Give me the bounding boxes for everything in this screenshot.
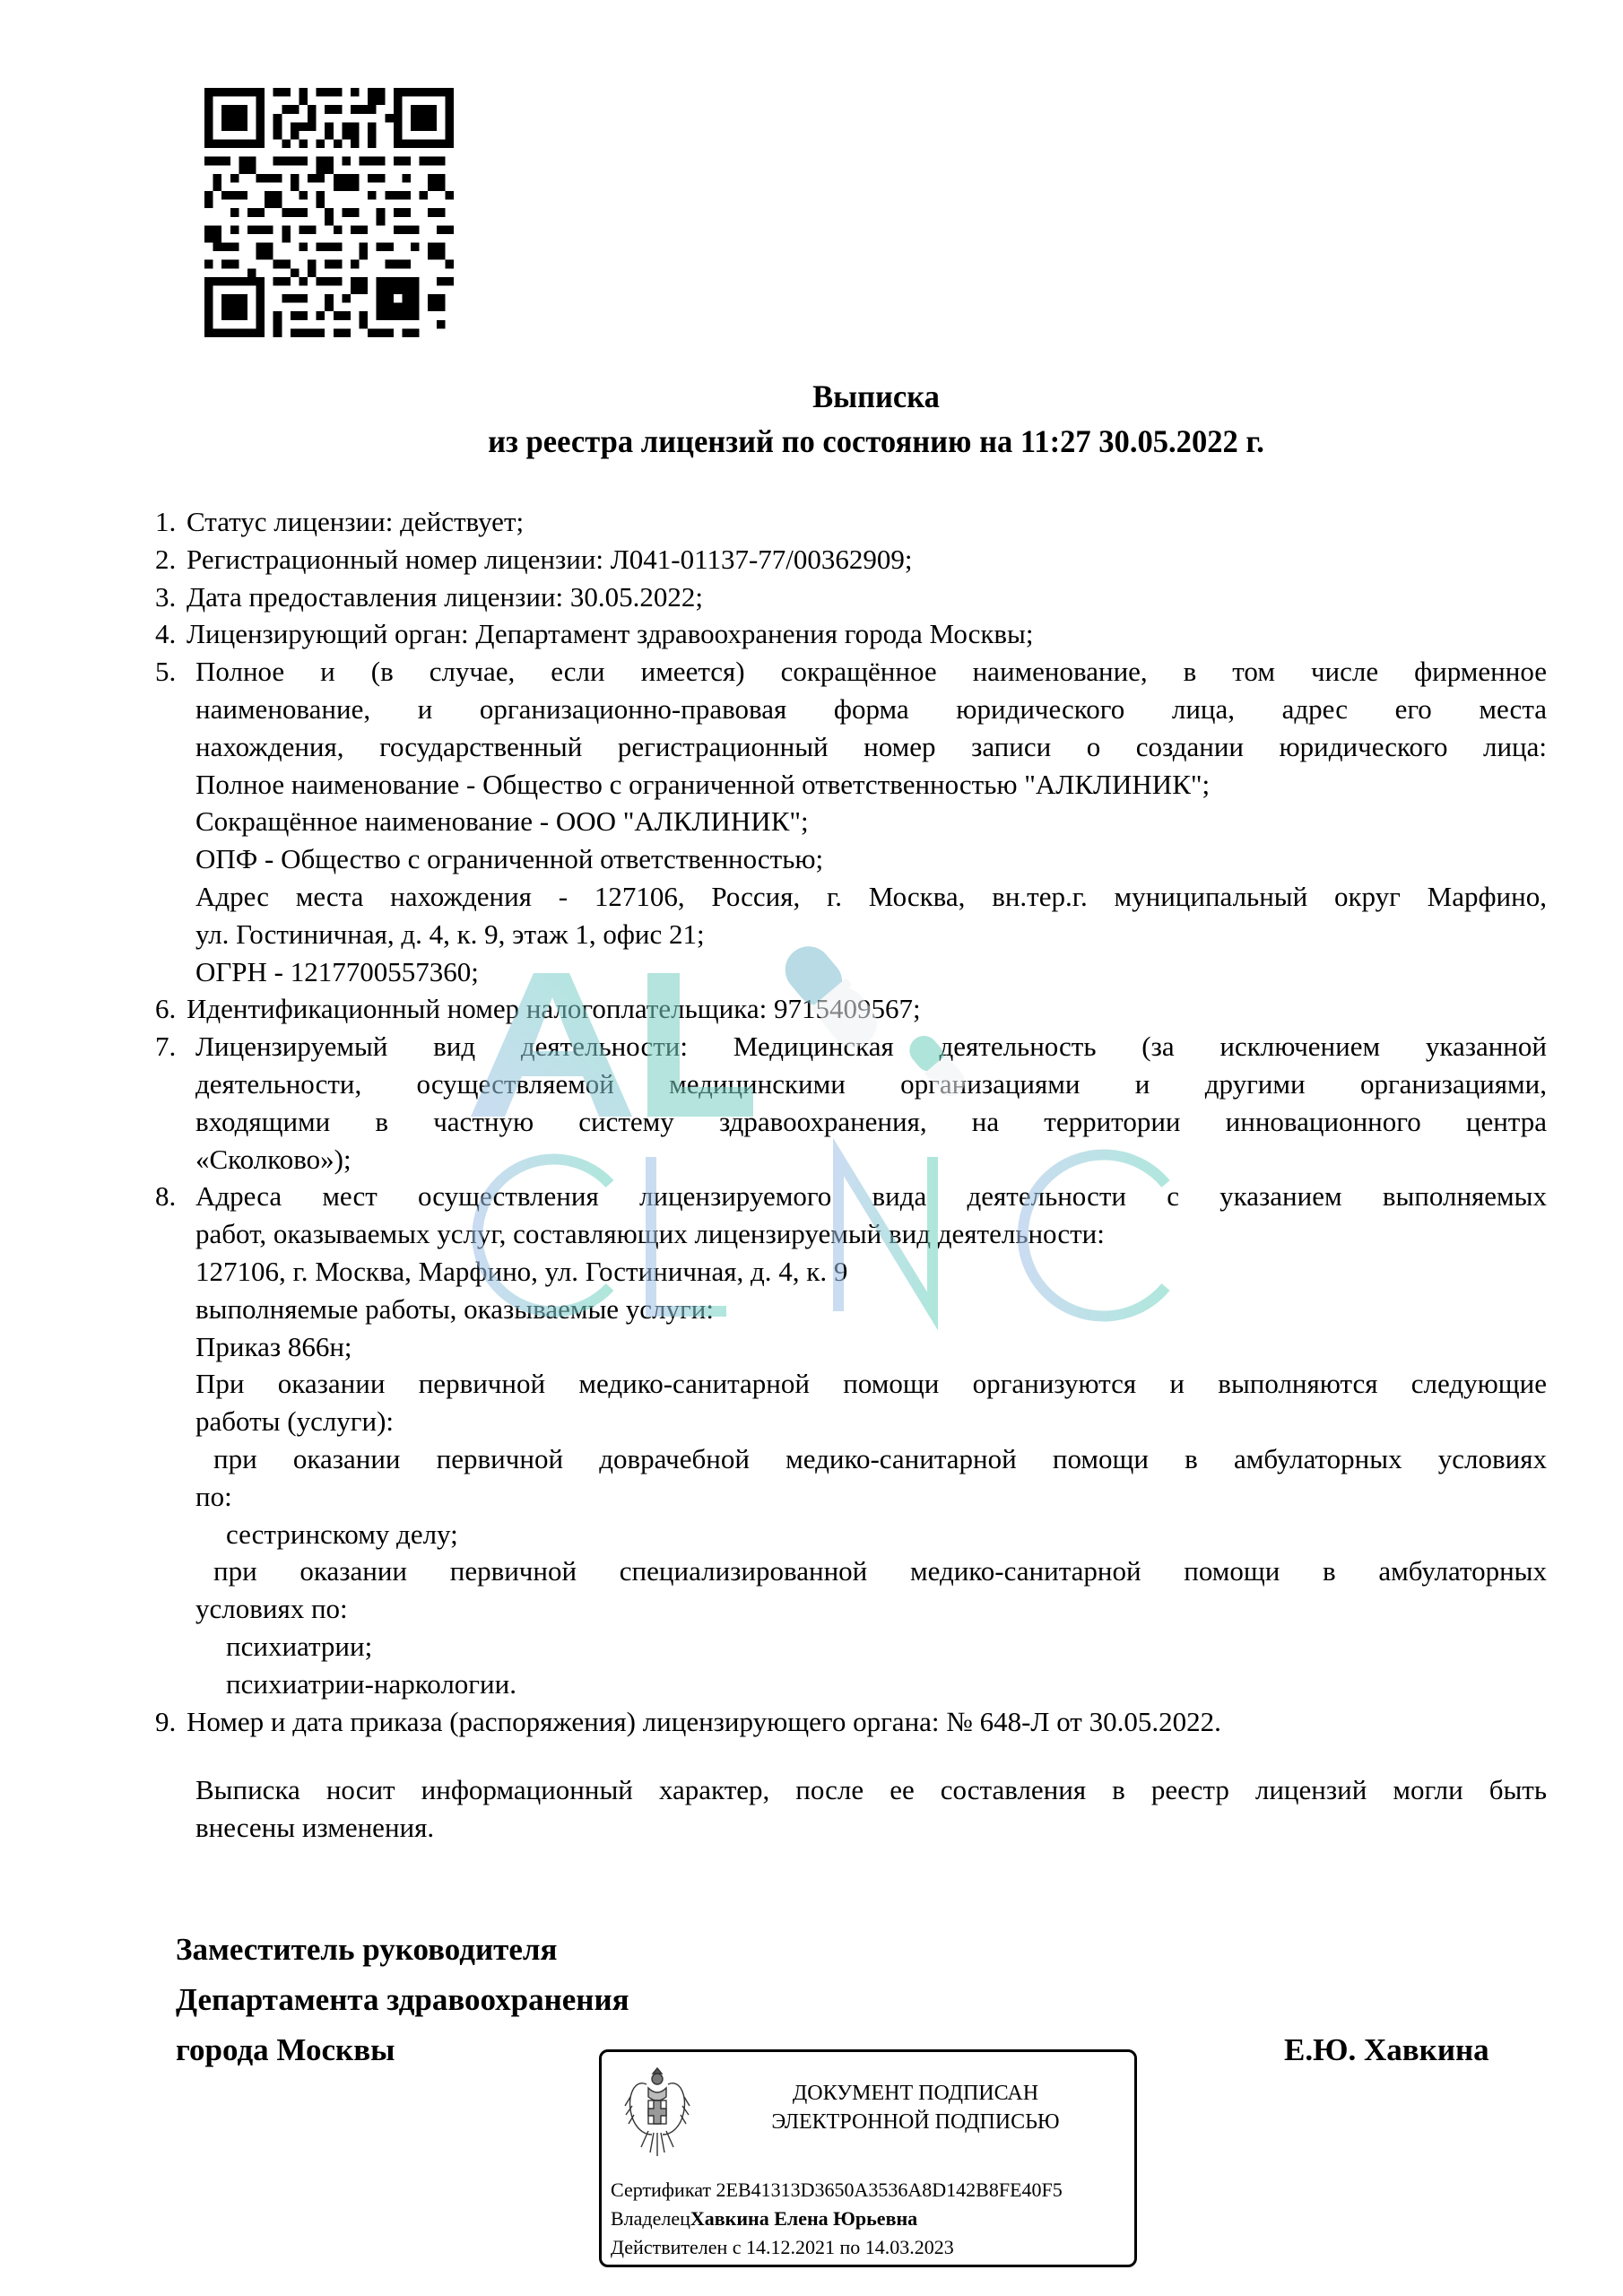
item-5-line-8: ул. Гостиничная, д. 4, к. 9, этаж 1, офи…	[195, 917, 705, 952]
item-4-text: Лицензирующий орган: Департамент здравоо…	[187, 616, 1034, 652]
stamp-owner: ВладелецХавкина Елена Юрьевна	[611, 2206, 917, 2231]
item-8-line-10: сестринскому делу;	[226, 1517, 458, 1552]
stamp-heading-1: ДОКУМЕНТ ПОДПИСАН	[718, 2079, 1113, 2108]
item-6-text: Идентификационный номер налогоплательщик…	[187, 991, 921, 1027]
item-8-line-5: Приказ 866н;	[195, 1329, 352, 1365]
item-1-number: 1.	[155, 504, 176, 540]
item-9-text: Номер и дата приказа (распоряжения) лице…	[187, 1704, 1221, 1740]
item-8-line-13: психиатрии;	[226, 1629, 372, 1665]
item-8-line-1: Адреса мест осуществления лицензируемого…	[195, 1178, 1547, 1214]
stamp-heading-2: ЭЛЕКТРОННОЙ ПОДПИСЬЮ	[718, 2108, 1113, 2136]
item-8-line-9: по:	[195, 1479, 232, 1515]
certificate-label: Сертификат	[611, 2179, 711, 2201]
note-line-2: внесены изменения.	[195, 1810, 434, 1846]
item-8-line-7: работы (услуги):	[195, 1404, 394, 1439]
owner-value: Хавкина Елена Юрьевна	[690, 2207, 917, 2230]
note-line-1: Выписка носит информационный характер, п…	[195, 1772, 1547, 1808]
item-7-line-1: Лицензируемый вид деятельности: Медицинс…	[195, 1029, 1547, 1065]
item-5-line-6: ОПФ - Общество с ограниченной ответствен…	[195, 841, 823, 877]
item-4-number: 4.	[155, 616, 176, 652]
document-title: Выписка	[97, 378, 1623, 414]
item-3-number: 3.	[155, 579, 176, 615]
item-1-text: Статус лицензии: действует;	[187, 504, 524, 540]
item-8-line-4: выполняемые работы, оказываемые услуги:	[195, 1291, 714, 1327]
certificate-value: 2EB41313D3650A3536A8D142B8FE40F5	[716, 2179, 1063, 2201]
item-6-number: 6.	[155, 991, 176, 1027]
coat-of-arms-icon	[621, 2065, 693, 2163]
item-5-line-2: наименование, и организационно-правовая …	[195, 691, 1547, 727]
signatory-position-line-3: города Москвы	[176, 2029, 395, 2072]
item-8-line-8: при оказании первичной доврачебной медик…	[213, 1441, 1547, 1477]
item-7-number: 7.	[155, 1029, 176, 1065]
item-9-number: 9.	[155, 1704, 176, 1740]
item-5-line-9: ОГРН - 1217700557360;	[195, 954, 479, 990]
signatory-position-line-2: Департамента здравоохранения	[176, 1979, 629, 2022]
item-2-number: 2.	[155, 542, 176, 578]
item-5-line-5: Сокращённое наименование - ООО "АЛКЛИНИК…	[195, 804, 809, 839]
owner-label: Владелец	[611, 2207, 690, 2230]
signatory-position-line-1: Заместитель руководителя	[176, 1928, 557, 1971]
item-5-line-7: Адрес места нахождения - 127106, Россия,…	[195, 879, 1547, 915]
item-8-line-12: условиях по:	[195, 1591, 348, 1627]
stamp-certificate: Сертификат 2EB41313D3650A3536A8D142B8FE4…	[611, 2178, 1063, 2203]
item-8-line-2: работ, оказываемых услуг, составляющих л…	[195, 1216, 1105, 1252]
stamp-validity: Действителен с 14.12.2021 по 14.03.2023	[611, 2235, 954, 2260]
item-2-text: Регистрационный номер лицензии: Л041-011…	[187, 542, 913, 578]
item-8-line-14: психиатрии-наркологии.	[226, 1666, 516, 1702]
item-8-line-3: 127106, г. Москва, Марфино, ул. Гостинич…	[195, 1254, 847, 1290]
qr-code-icon	[204, 88, 454, 337]
item-7-line-3: входящими в частную систему здравоохране…	[195, 1104, 1547, 1140]
item-5-line-1: Полное и (в случае, если имеется) сокращ…	[195, 654, 1547, 690]
document-subtitle: из реестра лицензий по состоянию на 11:2…	[97, 423, 1623, 459]
item-8-line-11: при оказании первичной специализированно…	[213, 1553, 1547, 1589]
e-signature-stamp: ДОКУМЕНТ ПОДПИСАН ЭЛЕКТРОННОЙ ПОДПИСЬЮ С…	[599, 2049, 1137, 2267]
item-7-line-4: «Сколково»);	[195, 1142, 352, 1178]
signatory-name: Е.Ю. Хавкина	[1284, 2029, 1489, 2072]
item-5-number: 5.	[155, 654, 176, 690]
item-8-line-6: При оказании первичной медико-санитарной…	[195, 1366, 1547, 1402]
item-8-number: 8.	[155, 1178, 176, 1214]
item-7-line-2: деятельности, осуществляемой медицинским…	[195, 1066, 1547, 1102]
item-5-line-3: нахождения, государственный регистрацион…	[195, 729, 1547, 765]
item-3-text: Дата предоставления лицензии: 30.05.2022…	[187, 579, 703, 615]
item-5-line-4: Полное наименование - Общество с огранич…	[195, 767, 1210, 803]
